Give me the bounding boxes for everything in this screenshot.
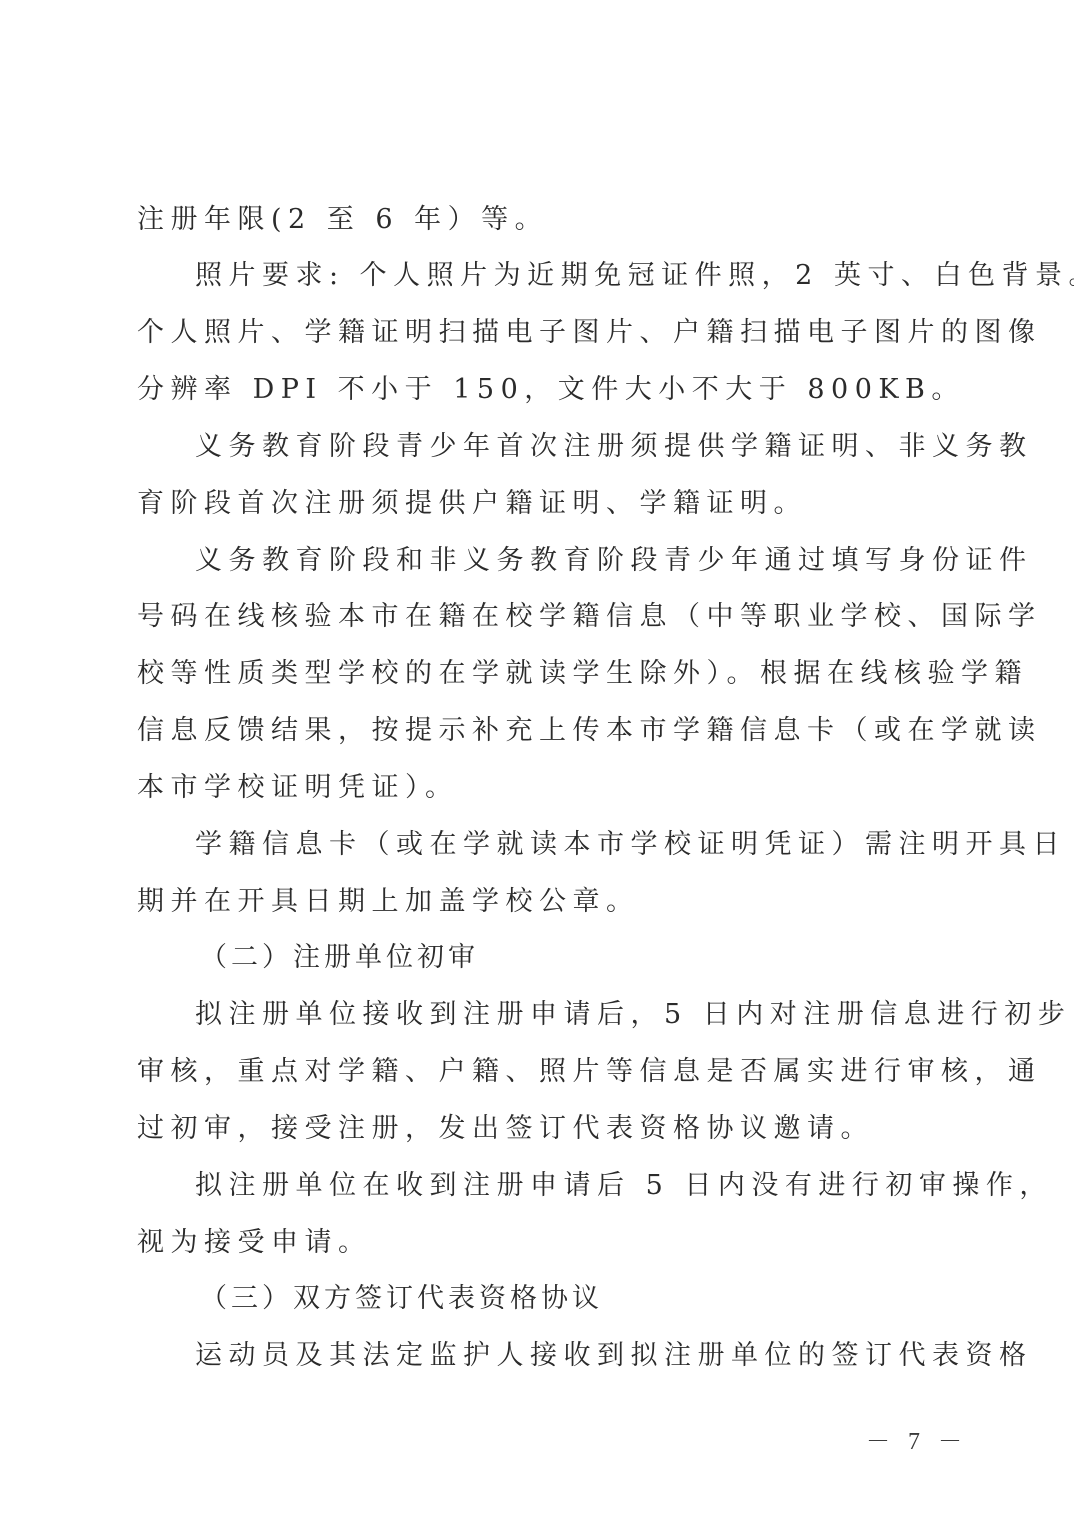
paragraph-line: 运动员及其法定监护人接收到拟注册单位的签订代表资格	[195, 1339, 995, 1373]
paragraph-line: 本市学校证明凭证）。	[137, 771, 937, 805]
paragraph-line: 拟注册单位在收到注册申请后 5 日内没有进行初审操作，	[195, 1169, 995, 1203]
document-page: 注册年限(2 至 6 年）等。 照片要求: 个人照片为近期免冠证件照，2 英寸、…	[0, 0, 1074, 1519]
section-heading: （二）注册单位初审	[200, 941, 1000, 975]
paragraph-line: 号码在线核验本市在籍在校学籍信息（中等职业学校、国际学	[137, 600, 937, 634]
paragraph-line: 审核，重点对学籍、户籍、照片等信息是否属实进行审核，通	[137, 1055, 937, 1089]
paragraph-line: 校等性质类型学校的在学就读学生除外）。根据在线核验学籍	[137, 657, 937, 691]
paragraph-line: 照片要求: 个人照片为近期免冠证件照，2 英寸、白色背景。	[195, 259, 995, 293]
paragraph-line: 视为接受申请。	[137, 1226, 937, 1260]
paragraph-line: 义务教育阶段青少年首次注册须提供学籍证明、非义务教	[195, 430, 995, 464]
paragraph-line: 注册年限(2 至 6 年）等。	[137, 203, 937, 237]
paragraph-line: 过初审，接受注册，发出签订代表资格协议邀请。	[137, 1112, 937, 1146]
paragraph-line: 信息反馈结果，按提示补充上传本市学籍信息卡（或在学就读	[137, 714, 937, 748]
section-heading: （三）双方签订代表资格协议	[200, 1282, 1000, 1316]
paragraph-line: 拟注册单位接收到注册申请后，5 日内对注册信息进行初步	[195, 998, 995, 1032]
page-number: － 7 －	[866, 1428, 968, 1456]
paragraph-line: 个人照片、学籍证明扫描电子图片、户籍扫描电子图片的图像	[137, 316, 937, 350]
paragraph-line: 期并在开具日期上加盖学校公章。	[137, 885, 937, 919]
paragraph-line: 分辨率 DPI 不小于 150，文件大小不大于 800KB。	[137, 373, 937, 407]
paragraph-line: 学籍信息卡（或在学就读本市学校证明凭证）需注明开具日	[195, 828, 995, 862]
paragraph-line: 育阶段首次注册须提供户籍证明、学籍证明。	[137, 487, 937, 521]
paragraph-line: 义务教育阶段和非义务教育阶段青少年通过填写身份证件	[195, 544, 995, 578]
